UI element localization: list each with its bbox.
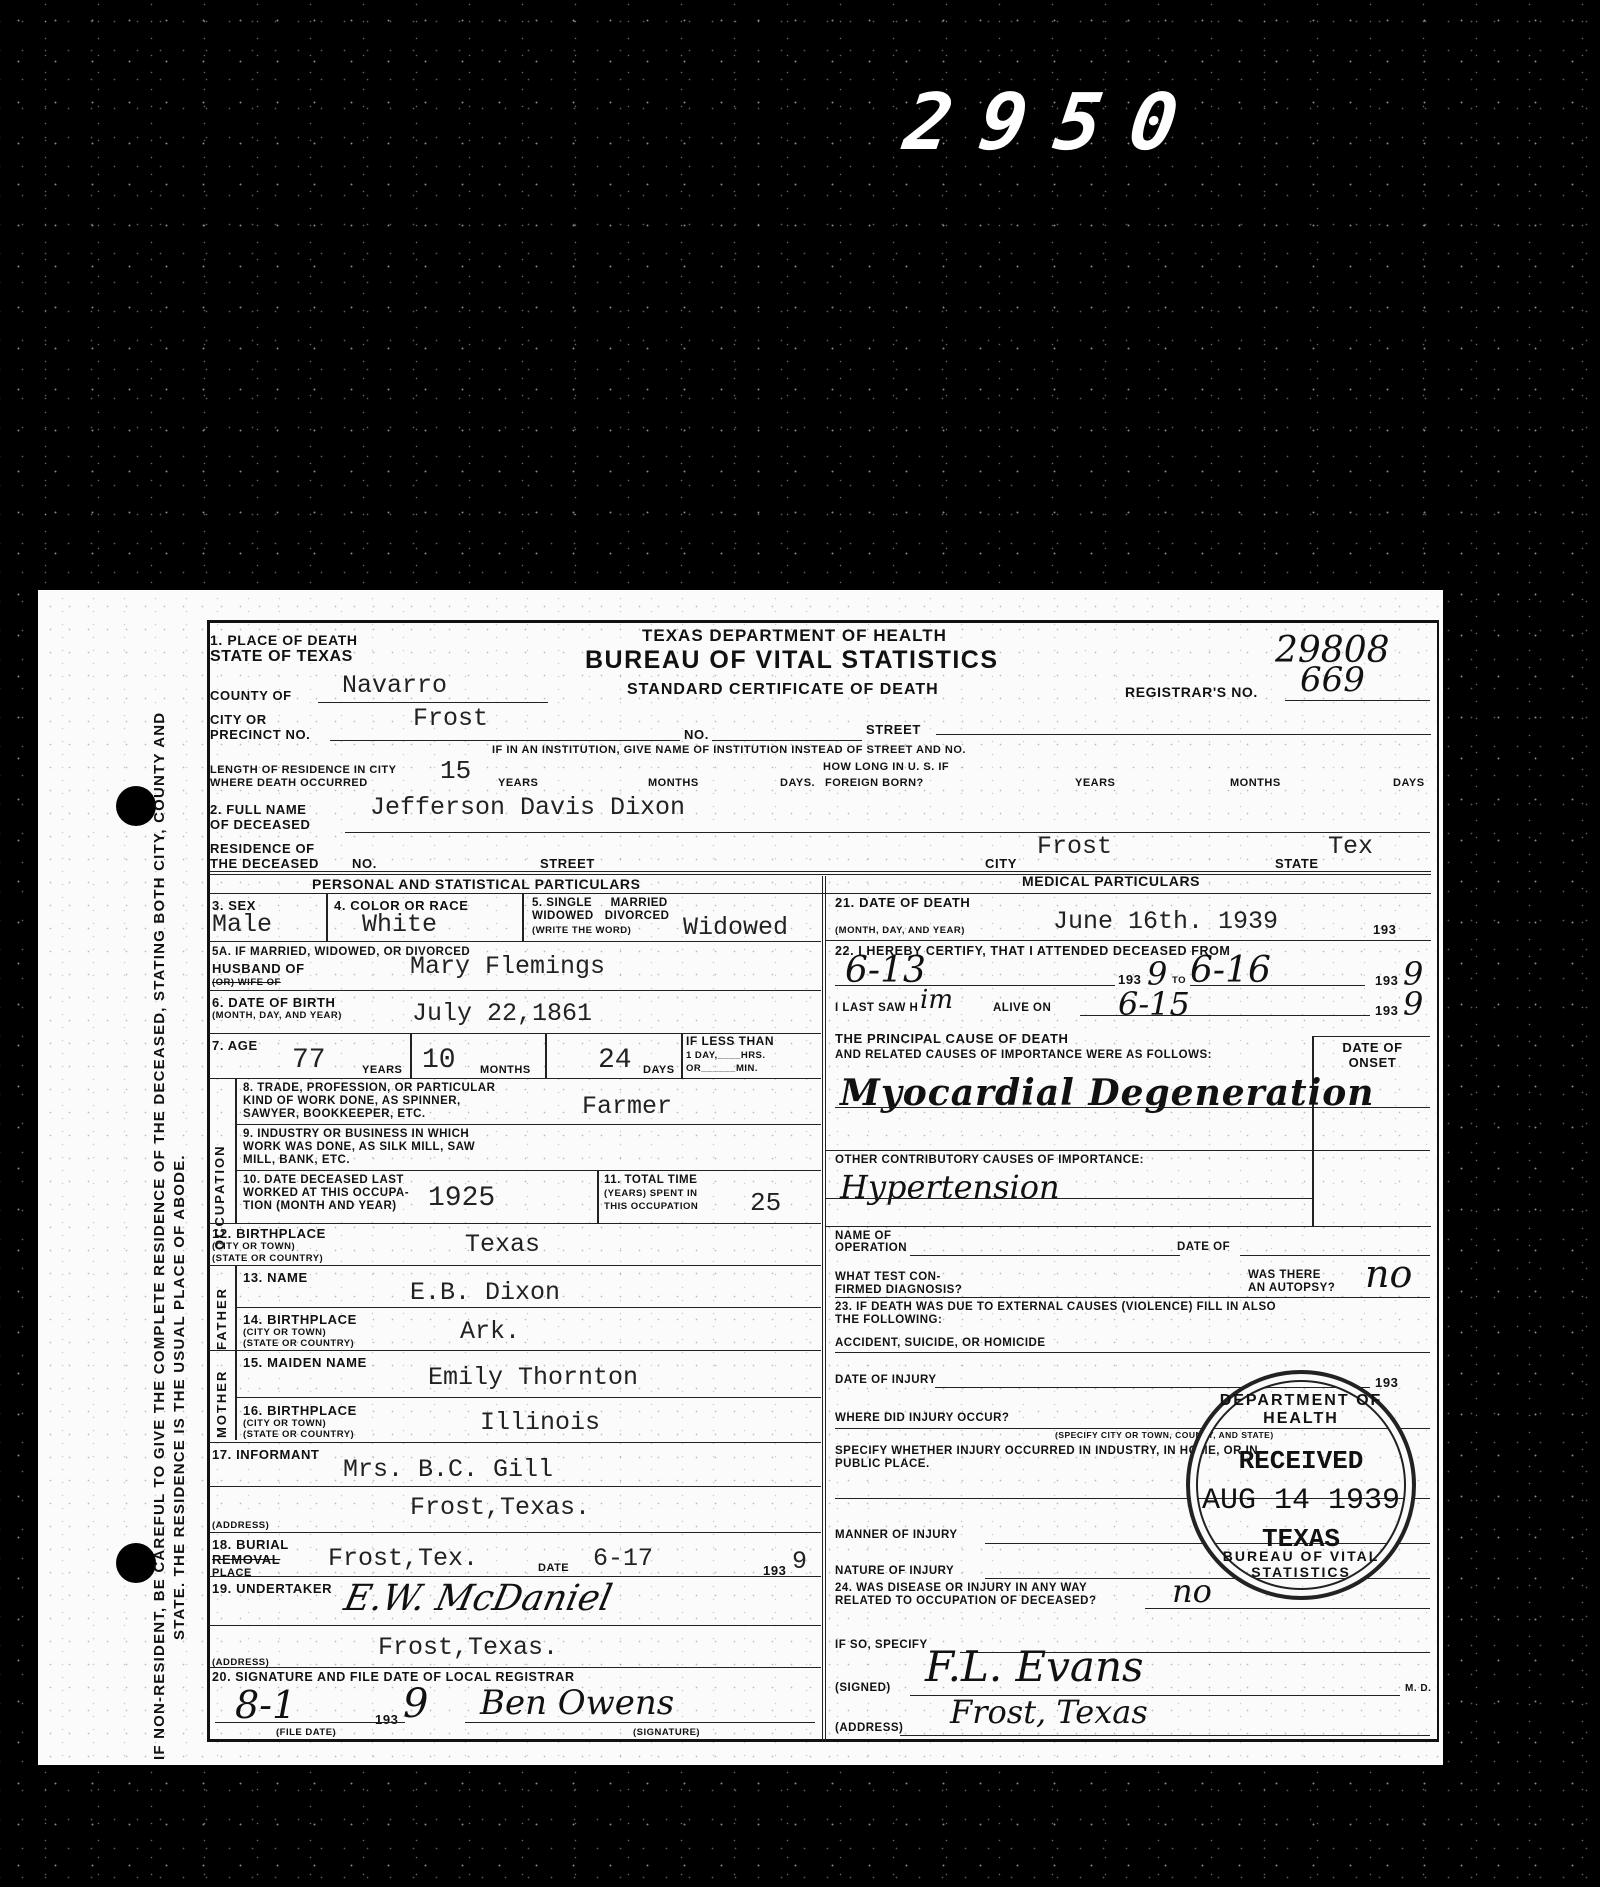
father-birthplace-label-2: (CITY OR TOWN): [243, 1327, 326, 1338]
father-birthplace-label-1: 14. BIRTHPLACE: [243, 1312, 357, 1327]
operation-label-1: NAME OF: [835, 1231, 892, 1242]
birthplace-label-2: (CITY OR TOWN): [212, 1241, 295, 1252]
file-year-suffix: 9: [403, 1681, 428, 1727]
side-note-line-1: IF NON-RESIDENT, BE CAREFUL TO GIVE THE …: [150, 610, 170, 1760]
bureau-title: BUREAU OF VITAL STATISTICS: [585, 646, 999, 675]
file-year-prefix: 193: [375, 1712, 399, 1727]
other-cause-value: Hypertension: [840, 1168, 1060, 1206]
age-label: 7. AGE: [212, 1038, 258, 1053]
city-label-1: CITY OR: [210, 712, 267, 727]
injury-place-label-2: PUBLIC PLACE.: [835, 1459, 930, 1470]
last-saw-label-2: ALIVE ON: [993, 1003, 1051, 1014]
test-label-1: WHAT TEST CON-: [835, 1272, 941, 1283]
page-number-stamp: 2950: [899, 78, 1211, 168]
less-than-day-label-2: 1 DAY,____HRS.: [686, 1050, 766, 1061]
us-label-1: HOW LONG IN U. S. IF: [823, 762, 949, 773]
seal-date: AUG 14 1939: [1190, 1484, 1412, 1518]
state-label: STATE OF TEXAS: [210, 649, 353, 664]
date-of-death-label: 21. DATE OF DEATH: [835, 895, 970, 910]
total-time-label-3: THIS OCCUPATION: [604, 1201, 698, 1212]
medical-section-title: MEDICAL PARTICULARS: [1022, 874, 1200, 889]
less-than-day-label-3: OR______MIN.: [686, 1063, 758, 1074]
received-stamp-seal: DEPARTMENT OF HEALTH RECEIVED AUG 14 193…: [1186, 1370, 1416, 1600]
occupation-related-label-1: 24. WAS DISEASE OR INJURY IN ANY WAY: [835, 1583, 1087, 1594]
date-of-death-sublabel: (MONTH, DAY, AND YEAR): [835, 925, 965, 936]
test-label-2: FIRMED DIAGNOSIS?: [835, 1285, 962, 1296]
last-saw-date: 6-15: [1118, 985, 1190, 1023]
form-title: STANDARD CERTIFICATE OF DEATH: [627, 681, 939, 699]
age-days-value: 24: [598, 1045, 632, 1076]
burial-label-1: 18. BURIAL: [212, 1537, 289, 1552]
residence-years-value: 15: [440, 756, 471, 786]
injury-date-label: DATE OF INJURY: [835, 1375, 937, 1386]
last-saw-year-prefix: 193: [1375, 1003, 1399, 1018]
last-worked-label-2: WORKED AT THIS OCCUPA-: [243, 1188, 409, 1199]
mother-birthplace-label-2: (CITY OR TOWN): [243, 1418, 326, 1429]
injury-where-label: WHERE DID INJURY OCCUR?: [835, 1413, 1009, 1424]
dob-label-2: (MONTH, DAY, AND YEAR): [212, 1010, 342, 1021]
birthplace-value: Texas: [465, 1230, 540, 1259]
dod-year-prefix: 193: [1373, 922, 1397, 937]
us-label-2: FOREIGN BORN?: [825, 778, 924, 789]
informant-address-label: (ADDRESS): [212, 1520, 269, 1531]
burial-label-2: REMOVAL: [212, 1552, 280, 1567]
us-months-label: MONTHS: [1230, 778, 1281, 789]
file-date-value: 8-1: [235, 1683, 296, 1727]
informant-label: 17. INFORMANT: [212, 1447, 319, 1462]
age-years-value: 77: [292, 1045, 326, 1076]
spouse-value: Mary Flemings: [410, 952, 605, 981]
city-value: Frost: [413, 704, 488, 733]
mother-name-value: Emily Thornton: [428, 1363, 638, 1392]
us-days-label: DAYS: [1393, 778, 1425, 789]
age-days-label: DAYS: [643, 1065, 675, 1076]
father-birthplace-value: Ark.: [460, 1317, 520, 1346]
undertaker-label: 19. UNDERTAKER: [212, 1581, 332, 1596]
burial-label-3: PLACE: [212, 1568, 252, 1579]
accident-label: ACCIDENT, SUICIDE, OR HOMICIDE: [835, 1338, 1046, 1349]
autopsy-label-1: WAS THERE: [1248, 1270, 1321, 1281]
physician-signature: F.L. Evans: [925, 1642, 1144, 1691]
res-state-label: STATE: [1275, 856, 1319, 871]
registrar-no-label: REGISTRAR'S NO.: [1125, 685, 1258, 700]
seal-top-text: DEPARTMENT OF HEALTH: [1190, 1392, 1412, 1428]
registrar-no-handwritten: 669: [1300, 660, 1365, 700]
department-title: TEXAS DEPARTMENT OF HEALTH: [642, 626, 947, 646]
manner-of-injury-label: MANNER OF INJURY: [835, 1530, 958, 1541]
residence-label-1: RESIDENCE OF: [210, 841, 315, 856]
spouse-label-2: HUSBAND OF: [212, 961, 305, 976]
residence-label-2: THE DECEASED: [210, 856, 319, 871]
personal-section-title: PERSONAL AND STATISTICAL PARTICULARS: [312, 877, 641, 892]
street-label: STREET: [866, 722, 921, 737]
related-causes-label: AND RELATED CAUSES OF IMPORTANCE WERE AS…: [835, 1050, 1212, 1061]
years-label: YEARS: [498, 778, 538, 789]
industry-label-1: 9. INDUSTRY OR BUSINESS IN WHICH: [243, 1129, 469, 1140]
dob-value: July 22,1861: [412, 999, 592, 1028]
age-months-label: MONTHS: [480, 1065, 531, 1076]
age-years-label: YEARS: [362, 1065, 402, 1076]
full-name-value: Jefferson Davis Dixon: [370, 793, 685, 822]
last-worked-label-3: TION (MONTH AND YEAR): [243, 1201, 397, 1212]
father-birthplace-label-3: (STATE OR COUNTRY): [243, 1338, 354, 1349]
burial-date-label: DATE: [538, 1563, 569, 1574]
attended-to-year-prefix: 193: [1375, 973, 1399, 988]
informant-address-value: Frost,Texas.: [410, 1493, 590, 1522]
undertaker-address-value: Frost,Texas.: [378, 1633, 558, 1662]
principal-cause-label: THE PRINCIPAL CAUSE OF DEATH: [835, 1031, 1068, 1046]
last-saw-year: 9: [1403, 985, 1423, 1023]
last-worked-value: 1925: [428, 1183, 495, 1214]
registrar-signature-label: (SIGNATURE): [633, 1727, 700, 1738]
last-saw-label-1: I LAST SAW H: [835, 1003, 918, 1014]
mother-birthplace-label-1: 16. BIRTHPLACE: [243, 1403, 357, 1418]
place-of-death-label: 1. PLACE OF DEATH: [210, 633, 358, 648]
burial-year-suffix: 9: [792, 1547, 807, 1576]
undertaker-signature: E.W. McDaniel: [341, 1578, 616, 1619]
autopsy-label-2: AN AUTOPSY?: [1248, 1283, 1335, 1294]
residence-length-label-2: WHERE DEATH OCCURRED: [210, 778, 368, 789]
trade-value: Farmer: [582, 1092, 672, 1121]
physician-address-label: (ADDRESS): [835, 1723, 903, 1734]
race-value: White: [362, 910, 437, 939]
industry-label-3: MILL, BANK, ETC.: [243, 1155, 350, 1166]
full-name-label-2: OF DECEASED: [210, 817, 311, 832]
informant-value: Mrs. B.C. Gill: [343, 1455, 553, 1484]
date-of-onset-label: DATE OF ONSET: [1320, 1040, 1425, 1070]
county-value: Navarro: [342, 671, 447, 700]
father-side-label: FATHER: [214, 1287, 229, 1350]
seal-received-text: RECEIVED: [1190, 1446, 1412, 1476]
signed-label: (SIGNED): [835, 1683, 891, 1694]
birthplace-label-1: 12. BIRTHPLACE: [212, 1226, 326, 1241]
less-than-day-label-1: IF LESS THAN: [686, 1036, 774, 1047]
res-city-label: CITY: [985, 856, 1017, 871]
age-months-value: 10: [422, 1045, 456, 1076]
file-date-label: (FILE DATE): [276, 1727, 336, 1738]
sex-value: Male: [212, 910, 272, 939]
other-causes-label: OTHER CONTRIBUTORY CAUSES OF IMPORTANCE:: [835, 1155, 1144, 1166]
last-saw-who: im: [920, 985, 953, 1015]
res-no-label: NO.: [352, 856, 377, 871]
city-label-2: PRECINCT NO.: [210, 727, 310, 742]
no-label: NO.: [684, 727, 709, 742]
months-label: MONTHS: [648, 778, 699, 789]
res-state-value: Tex: [1328, 832, 1373, 861]
marital-label-1: 5. SINGLE MARRIED: [532, 898, 668, 909]
spouse-label-3: (OR) WIFE OF: [212, 977, 281, 988]
operation-date-label: DATE OF: [1177, 1242, 1230, 1253]
full-name-label-1: 2. FULL NAME: [210, 802, 307, 817]
days-label: DAYS.: [780, 778, 815, 789]
birthplace-label-3: (STATE OR COUNTRY): [212, 1253, 323, 1264]
total-time-label-1: 11. TOTAL TIME: [604, 1175, 697, 1186]
res-city-value: Frost: [1037, 832, 1112, 861]
injury-year-prefix: 193: [1375, 1375, 1399, 1390]
father-name-value: E.B. Dixon: [410, 1278, 560, 1307]
burial-place-value: Frost,Tex.: [328, 1544, 478, 1573]
trade-label-3: SAWYER, BOOKKEEPER, ETC.: [243, 1109, 426, 1120]
md-label: M. D.: [1405, 1683, 1431, 1694]
external-causes-following: THE FOLLOWING:: [835, 1315, 942, 1326]
industry-label-2: WORK WAS DONE, AS SILK MILL, SAW: [243, 1142, 475, 1153]
res-street-label: STREET: [540, 856, 595, 871]
side-note-line-2: STATE. THE RESIDENCE IS THE USUAL PLACE …: [170, 610, 190, 1760]
registrar-signature: Ben Owens: [480, 1683, 674, 1723]
burial-date-value: 6-17: [593, 1544, 653, 1573]
autopsy-value: no: [1365, 1252, 1412, 1296]
mother-birthplace-value: Illinois: [480, 1408, 600, 1437]
mother-side-label: MOTHER: [214, 1370, 229, 1438]
trade-label-2: KIND OF WORK DONE, AS SPINNER,: [243, 1096, 461, 1107]
marital-label-3: (WRITE THE WORD): [532, 925, 631, 936]
occupation-related-label-2: RELATED TO OCCUPATION OF DECEASED?: [835, 1596, 1097, 1607]
mother-birthplace-label-3: (STATE OR COUNTRY): [243, 1429, 354, 1440]
residence-length-label-1: LENGTH OF RESIDENCE IN CITY: [210, 765, 396, 776]
seal-bottom-text: BUREAU OF VITAL STATISTICS: [1190, 1548, 1412, 1580]
mother-name-label: 15. MAIDEN NAME: [243, 1355, 367, 1370]
if-so-specify-label: IF SO, SPECIFY: [835, 1640, 928, 1651]
physician-address-value: Frost, Texas: [950, 1693, 1148, 1731]
us-years-label: YEARS: [1075, 778, 1115, 789]
total-time-label-2: (YEARS) SPENT IN: [604, 1188, 698, 1199]
external-causes-label: 23. IF DEATH WAS DUE TO EXTERNAL CAUSES …: [835, 1302, 1276, 1313]
operation-label-2: OPERATION: [835, 1243, 907, 1254]
institution-note: IF IN AN INSTITUTION, GIVE NAME OF INSTI…: [492, 745, 966, 756]
marital-label-2: WIDOWED DIVORCED: [532, 911, 669, 922]
county-label: COUNTY OF: [210, 688, 292, 703]
trade-label-1: 8. TRADE, PROFESSION, OR PARTICULAR: [243, 1083, 495, 1094]
date-of-death-value: June 16th. 1939: [1053, 907, 1278, 936]
father-name-label: 13. NAME: [243, 1270, 308, 1285]
marital-value: Widowed: [683, 913, 788, 942]
total-time-value: 25: [750, 1188, 781, 1218]
dob-label-1: 6. DATE OF BIRTH: [212, 995, 335, 1010]
nature-of-injury-label: NATURE OF INJURY: [835, 1566, 954, 1577]
last-worked-label-1: 10. DATE DECEASED LAST: [243, 1175, 404, 1186]
